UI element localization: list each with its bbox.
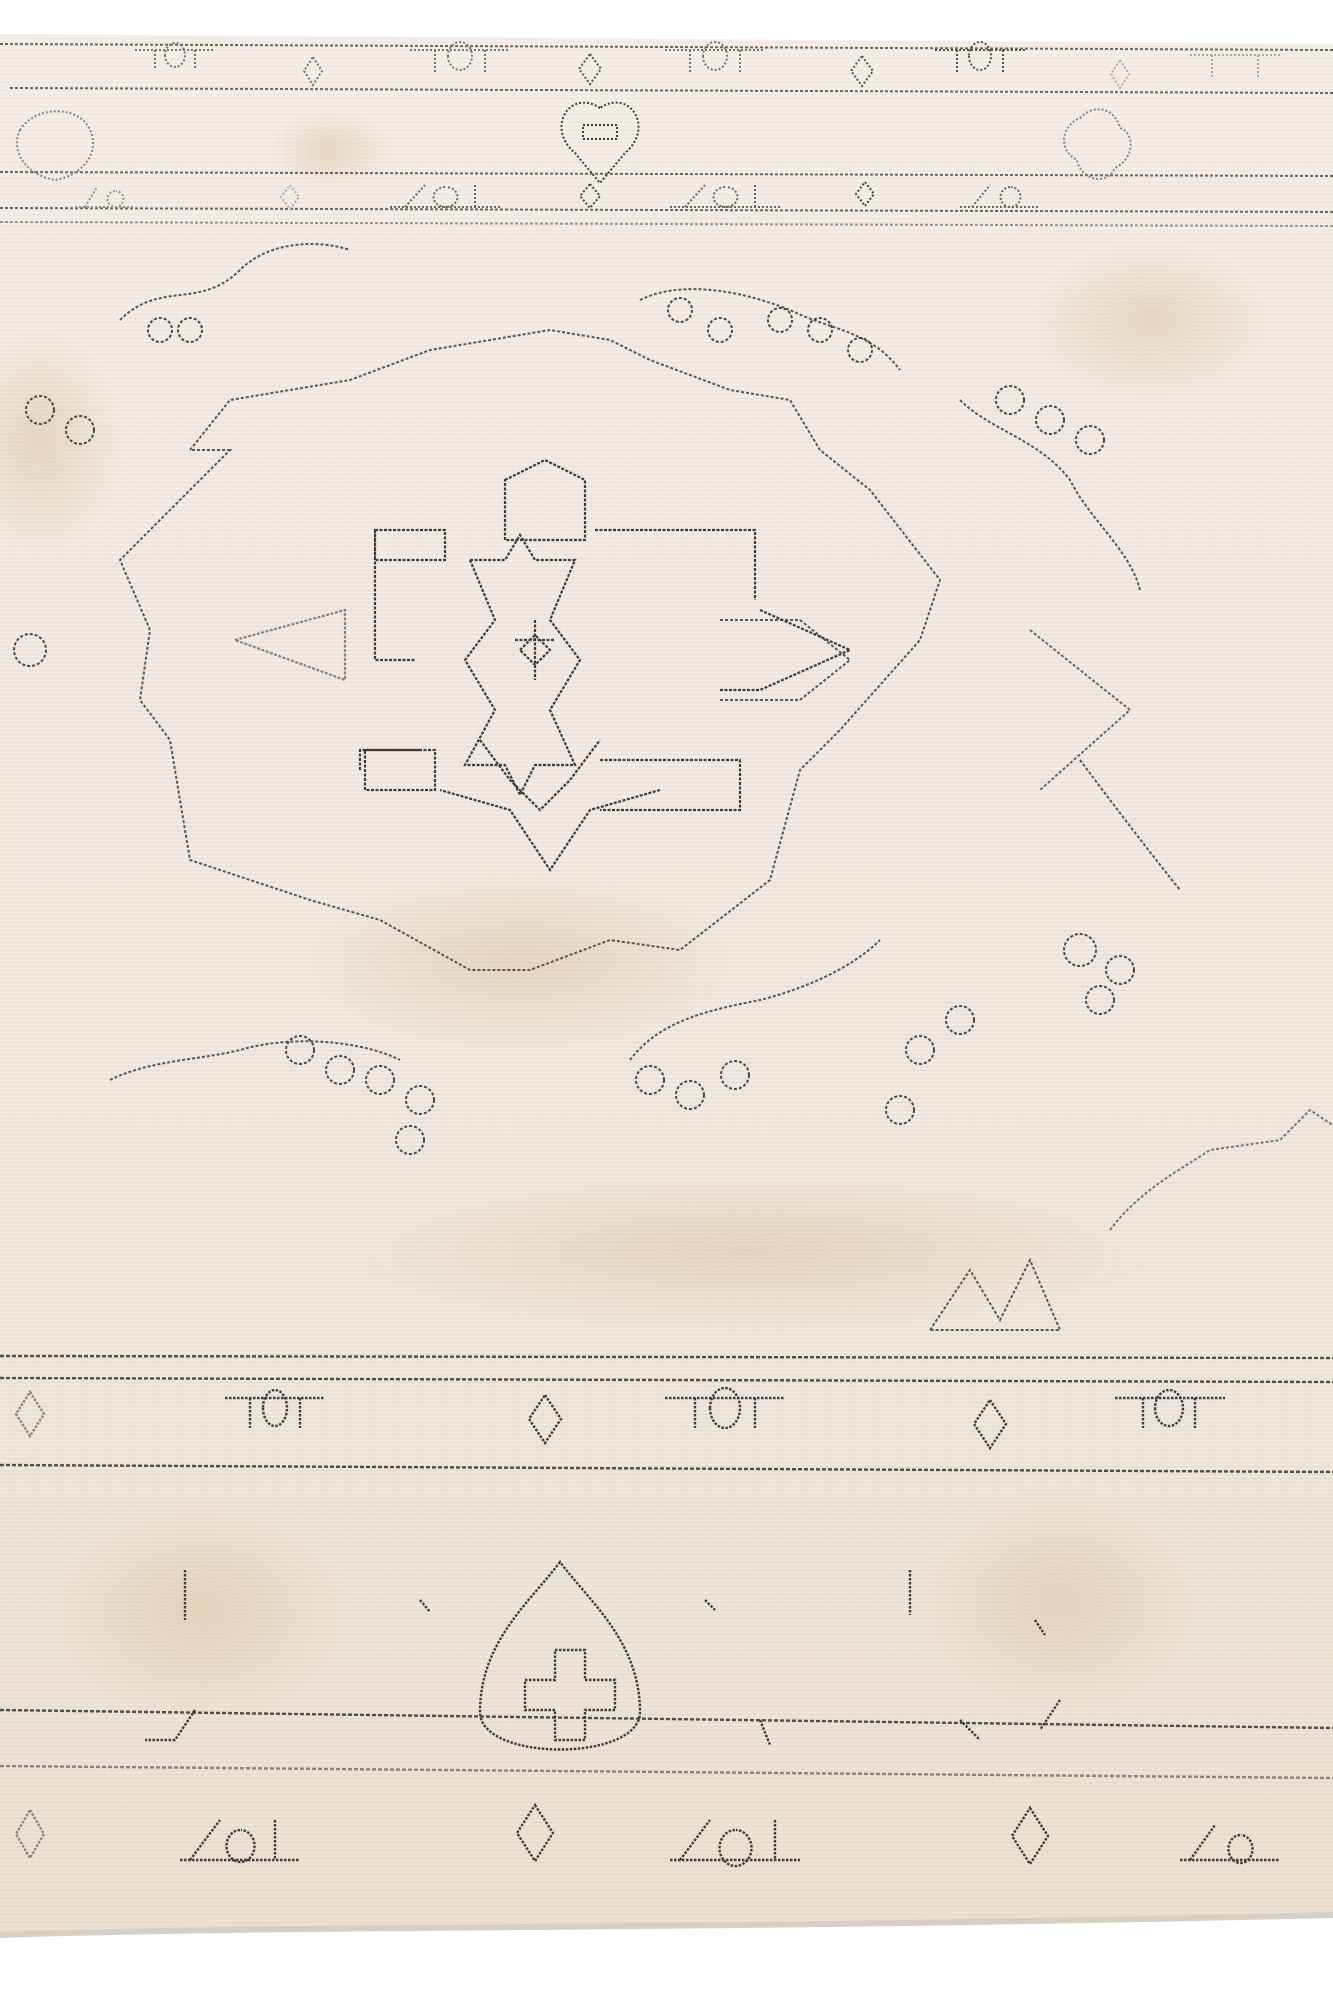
top-margin xyxy=(0,0,1333,34)
rug-edge xyxy=(0,1915,1333,2000)
rug-body xyxy=(0,34,1333,1995)
rug-photo xyxy=(0,0,1333,2000)
